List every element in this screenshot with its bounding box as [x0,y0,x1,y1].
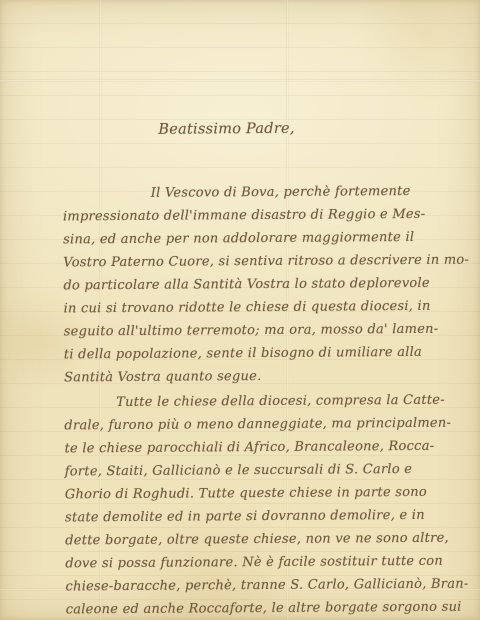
handwritten-line: sina, ed anche per non addolorare maggio… [63,226,457,252]
handwritten-line: Il Vescovo di Bova, perchè fortemente [63,180,457,206]
handwritten-line: Santità Vostra quanto segue. [64,364,458,390]
handwritten-line: drale, furono più o meno danneggiate, ma… [64,412,458,438]
handwritten-line: dette borgate, oltre queste chiese, non … [65,527,459,553]
letter-body: Beatissimo Padre, Il Vescovo di Bova, pe… [62,117,459,620]
letter-paragraph-2: Tutte le chiese della diocesi, compresa … [64,389,460,620]
handwritten-line: dove si possa funzionare. Nè è facile so… [65,550,459,576]
handwritten-line: state demolite ed in parte si dovranno d… [65,504,459,530]
handwritten-line: caleone ed anche Roccaforte, le altre bo… [66,596,460,620]
handwritten-line: in cui si trovano ridotte le chiese di q… [63,295,457,321]
letter-scan-page: Beatissimo Padre, Il Vescovo di Bova, pe… [0,0,480,620]
handwritten-line: seguito all'ultimo terremoto; ma ora, mo… [64,318,458,344]
letter-paragraph-1: Il Vescovo di Bova, perchè fortementeimp… [63,180,458,390]
salutation: Beatissimo Padre, [158,117,456,142]
handwritten-line: forte, Staiti, Gallicianò e le succursal… [65,458,459,484]
handwritten-line: te le chiese parocchiali di Africo, Bran… [64,435,458,461]
handwritten-line: Vostro Paterno Cuore, si sentiva ritroso… [63,249,457,275]
handwritten-line: ti della popolazione, sente il bisogno d… [64,341,458,367]
fold-crease-horizontal [0,79,480,82]
handwritten-line: impressionato dell'immane disastro di Re… [63,203,457,229]
handwritten-line: Ghorio di Roghudi. Tutte queste chiese i… [65,481,459,507]
handwritten-line: Tutte le chiese della diocesi, compresa … [64,389,458,415]
handwritten-line: chiese-baracche, perchè, tranne S. Carlo… [65,573,459,599]
handwritten-line: do particolare alla Santità Vostra lo st… [63,272,457,298]
